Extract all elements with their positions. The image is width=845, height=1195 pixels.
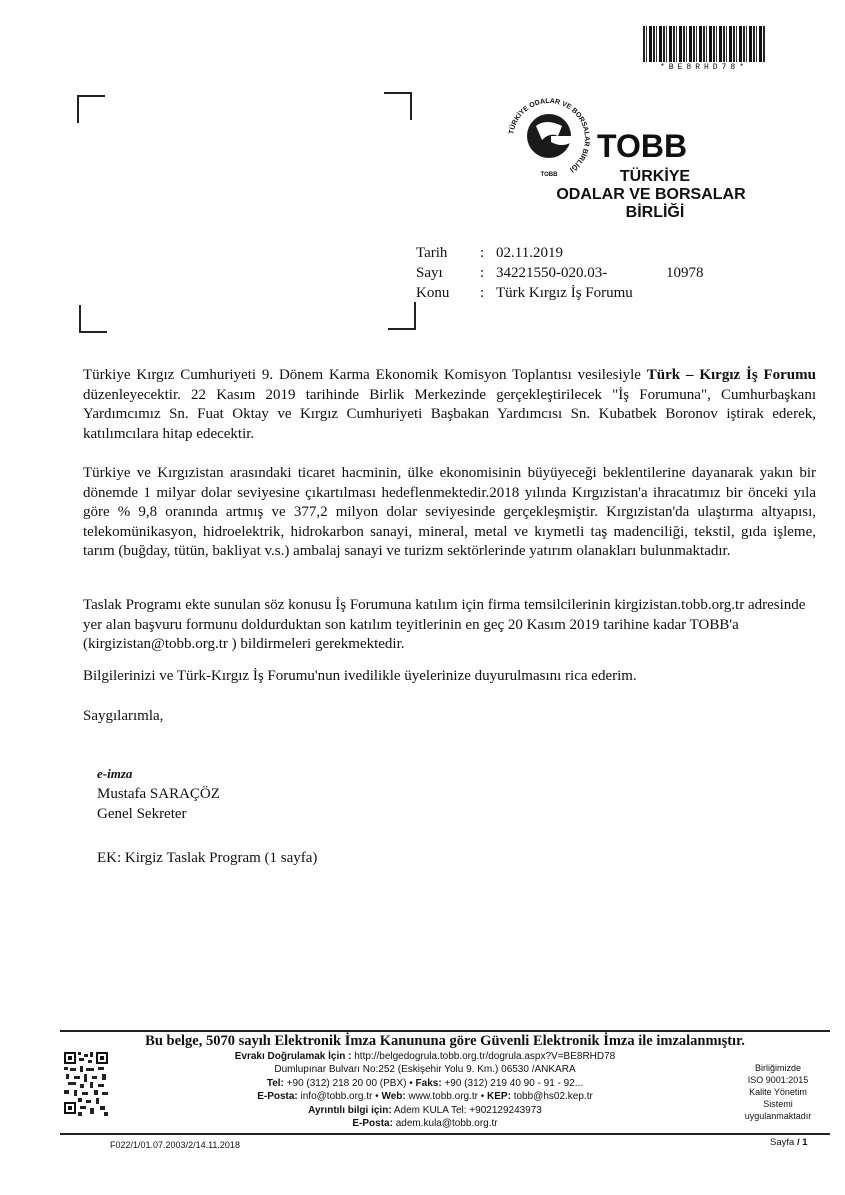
contact-value: Adem KULA Tel: +902129243973 (392, 1105, 542, 1116)
meta-value: 02.11.2019 (496, 243, 666, 263)
meta-colon: : (480, 263, 496, 283)
footer-phone-line: Tel: +90 (312) 218 20 00 (PBX) • Faks: +… (190, 1077, 660, 1090)
web-label: Web: (381, 1091, 405, 1102)
verify-label: Evrakı Doğrulamak İçin : (235, 1051, 352, 1062)
iso-line: uygulanmaktadır (733, 1110, 823, 1122)
meta-row-subject: Konu : Türk Kırgız İş Forumu (416, 283, 704, 303)
corner-mark-bottom-right (388, 302, 416, 330)
paragraph-1-bold: Türk – Kırgız İş Forumu (647, 367, 816, 383)
logo-subtitle-line-3: BİRLİĞİ (610, 204, 700, 222)
e-signature-mark: e-imza (97, 766, 132, 782)
letter-meta: Tarih : 02.11.2019 Sayı : 34221550-020.0… (416, 243, 704, 303)
meta-label: Tarih (416, 243, 480, 263)
footer-contact-email-line: E-Posta: adem.kula@tobb.org.tr (190, 1117, 660, 1130)
meta-label: Konu (416, 283, 480, 303)
signatory: Mustafa SARAÇÖZ Genel Sekreter (97, 784, 220, 824)
page-number: Sayfa / 1 (770, 1137, 808, 1148)
footer-divider-bottom (60, 1133, 830, 1135)
footer-divider-top (60, 1030, 830, 1032)
footer-verify-line: Evrakı Doğrulamak İçin : http://belgedog… (190, 1050, 660, 1063)
barcode-text: *BE8RHD78* (643, 63, 765, 72)
meta-colon: : (480, 283, 496, 303)
meta-value: 34221550-020.03- (496, 263, 666, 283)
meta-row-date: Tarih : 02.11.2019 (416, 243, 704, 263)
qr-code-icon (64, 1052, 108, 1116)
attachment-note: EK: Kirgiz Taslak Program (1 sayfa) (97, 850, 317, 867)
iso-certification-note: Birliğimizde ISO 9001:2015 Kalite Yöneti… (733, 1062, 823, 1122)
logo-subtitle-line-1: TÜRKİYE (610, 168, 700, 186)
contact-email-link[interactable]: adem.kula@tobb.org.tr (393, 1118, 498, 1129)
meta-extra: 10978 (666, 263, 704, 283)
iso-line: Kalite Yönetim (733, 1086, 823, 1098)
tel-label: Tel: (267, 1078, 284, 1089)
corner-mark-bottom-left (79, 305, 107, 333)
page-value: / 1 (797, 1137, 808, 1148)
fax-value: +90 (312) 219 40 90 - 91 - 92... (442, 1078, 583, 1089)
signatory-title: Genel Sekreter (97, 804, 220, 824)
iso-line: ISO 9001:2015 (733, 1074, 823, 1086)
footer-contact-info: Evrakı Doğrulamak İçin : http://belgedog… (190, 1050, 660, 1130)
iso-line: Birliğimizde (733, 1062, 823, 1074)
footer-address: Dumlupınar Bulvarı No:252 (Eskişehir Yol… (190, 1063, 660, 1076)
tel-value: +90 (312) 218 20 00 (PBX) • (284, 1078, 416, 1089)
corner-mark-top-right (384, 92, 412, 120)
seal-bottom-text: TOBB (541, 172, 559, 178)
meta-colon: : (480, 243, 496, 263)
tobb-seal-icon: TÜRKİYE ODALAR VE BORSALAR BİRLİĞİ TOBB (506, 96, 592, 182)
kep-value: tobb@hs02.kep.tr (511, 1091, 593, 1102)
footer-contact-line: Ayrıntılı bilgi için: Adem KULA Tel: +90… (190, 1104, 660, 1117)
iso-line: Sistemi (733, 1098, 823, 1110)
email-link[interactable]: info@tobb.org.tr • (298, 1091, 382, 1102)
web-link[interactable]: www.tobb.org.tr • (406, 1091, 487, 1102)
verify-url-link[interactable]: http://belgedogrula.tobb.org.tr/dogrula.… (351, 1051, 615, 1062)
meta-row-number: Sayı : 34221550-020.03- 10978 (416, 263, 704, 283)
barcode-bars (643, 26, 765, 62)
paragraph-1-text-b: düzenleyecektir. 22 Kasım 2019 tarihinde… (83, 387, 816, 442)
meta-value: Türk Kırgız İş Forumu (496, 283, 666, 303)
document-barcode: *BE8RHD78* (643, 26, 765, 68)
footer-web-line: E-Posta: info@tobb.org.tr • Web: www.tob… (190, 1090, 660, 1103)
logo-subtitle-line-2: ODALAR VE BORSALAR (552, 186, 750, 204)
form-code: F022/1/01.07.2003/2/14.11.2018 (110, 1140, 240, 1150)
meta-label: Sayı (416, 263, 480, 283)
paragraph-1: Türkiye Kırgız Cumhuriyeti 9. Dönem Karm… (83, 366, 816, 444)
paragraph-2: Türkiye ve Kırgızistan arasındaki ticare… (83, 464, 816, 562)
email-label: E-Posta: (257, 1091, 298, 1102)
paragraph-1-text-a: Türkiye Kırgız Cumhuriyeti 9. Dönem Karm… (83, 367, 647, 383)
logo-title: TOBB (597, 128, 687, 165)
corner-mark-top-left (77, 95, 105, 123)
closing: Saygılarımla, (83, 707, 816, 727)
contact-email-label: E-Posta: (352, 1118, 393, 1129)
page-label: Sayfa (770, 1137, 797, 1148)
contact-label: Ayrıntılı bilgi için: (308, 1105, 392, 1116)
signatory-name: Mustafa SARAÇÖZ (97, 784, 220, 804)
footer-esignature-notice: Bu belge, 5070 sayılı Elektronik İmza Ka… (60, 1033, 830, 1050)
kep-label: KEP: (487, 1091, 511, 1102)
fax-label: Faks: (416, 1078, 442, 1089)
paragraph-3: Taslak Programı ekte sunulan söz konusu … (83, 596, 816, 655)
paragraph-4: Bilgilerinizi ve Türk-Kırgız İş Forumu'n… (83, 667, 816, 687)
